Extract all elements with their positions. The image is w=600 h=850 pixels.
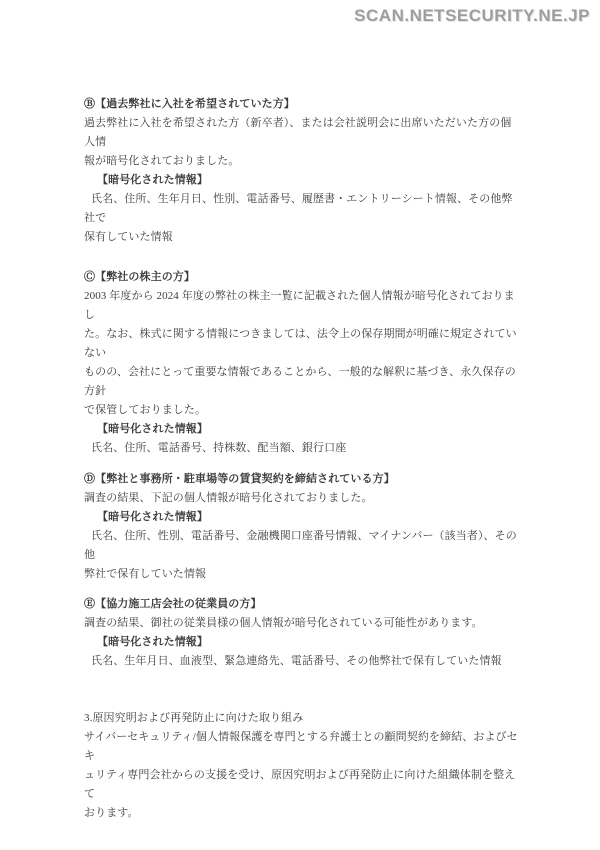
section-body: 調査の結果、下記の個人情報が暗号化されておりました。 (84, 489, 520, 508)
section-shareholders: Ⓒ【弊社の株主の方】 2003 年度から 2024 年度の弊社の株主一覧に記載さ… (84, 268, 520, 458)
encrypted-info-items: 氏名、住所、性別、電話番号、金融機関口座番号情報、マイナンバー（該当者）、その他… (84, 527, 520, 584)
closing-section-title: 3.原因究明および再発防止に向けた取り組み (84, 709, 520, 728)
section-header: Ⓔ【協力施工店会社の従業員の方】 (84, 595, 520, 614)
encrypted-info-label: 【暗号化された情報】 (84, 420, 520, 439)
encrypted-info-items: 氏名、住所、電話番号、持株数、配当額、銀行口座 (84, 439, 520, 458)
encrypted-info-label: 【暗号化された情報】 (84, 508, 520, 527)
section-header: Ⓒ【弊社の株主の方】 (84, 268, 520, 287)
section-header: Ⓑ【過去弊社に入社を希望されていた方】 (84, 95, 520, 114)
section-body: 過去弊社に入社を希望された方（新卒者）、または会社説明会に出席いただいた方の個人… (84, 114, 520, 171)
closing-section-body: サイバーセキュリティ/個人情報保護を専門とする弁護士との顧問契約を締結、およびセ… (84, 728, 520, 823)
document-page: Ⓑ【過去弊社に入社を希望されていた方】 過去弊社に入社を希望された方（新卒者）、… (84, 95, 520, 823)
section-body: 2003 年度から 2024 年度の弊社の株主一覧に記載された個人情報が暗号化さ… (84, 287, 520, 420)
scan-netsecurity-watermark: SCAN.NETSECURITY.NE.JP (354, 6, 590, 26)
section-prevention-measures: 3.原因究明および再発防止に向けた取り組み サイバーセキュリティ/個人情報保護を… (84, 709, 520, 823)
section-body: 調査の結果、御社の従業員様の個人情報が暗号化されている可能性があります。 (84, 614, 520, 633)
section-lease-contracts: Ⓓ【弊社と事務所・駐車場等の賃貸契約を締結されている方】 調査の結果、下記の個人… (84, 470, 520, 584)
encrypted-info-items: 氏名、住所、生年月日、性別、電話番号、履歴書・エントリーシート情報、その他弊社で… (84, 190, 520, 247)
encrypted-info-items: 氏名、生年月日、血液型、緊急連絡先、電話番号、その他弊社で保有していた情報 (84, 652, 520, 671)
section-partner-employees: Ⓔ【協力施工店会社の従業員の方】 調査の結果、御社の従業員様の個人情報が暗号化さ… (84, 595, 520, 671)
encrypted-info-label: 【暗号化された情報】 (84, 633, 520, 652)
section-header: Ⓓ【弊社と事務所・駐車場等の賃貸契約を締結されている方】 (84, 470, 520, 489)
encrypted-info-label: 【暗号化された情報】 (84, 171, 520, 190)
section-past-applicants: Ⓑ【過去弊社に入社を希望されていた方】 過去弊社に入社を希望された方（新卒者）、… (84, 95, 520, 247)
